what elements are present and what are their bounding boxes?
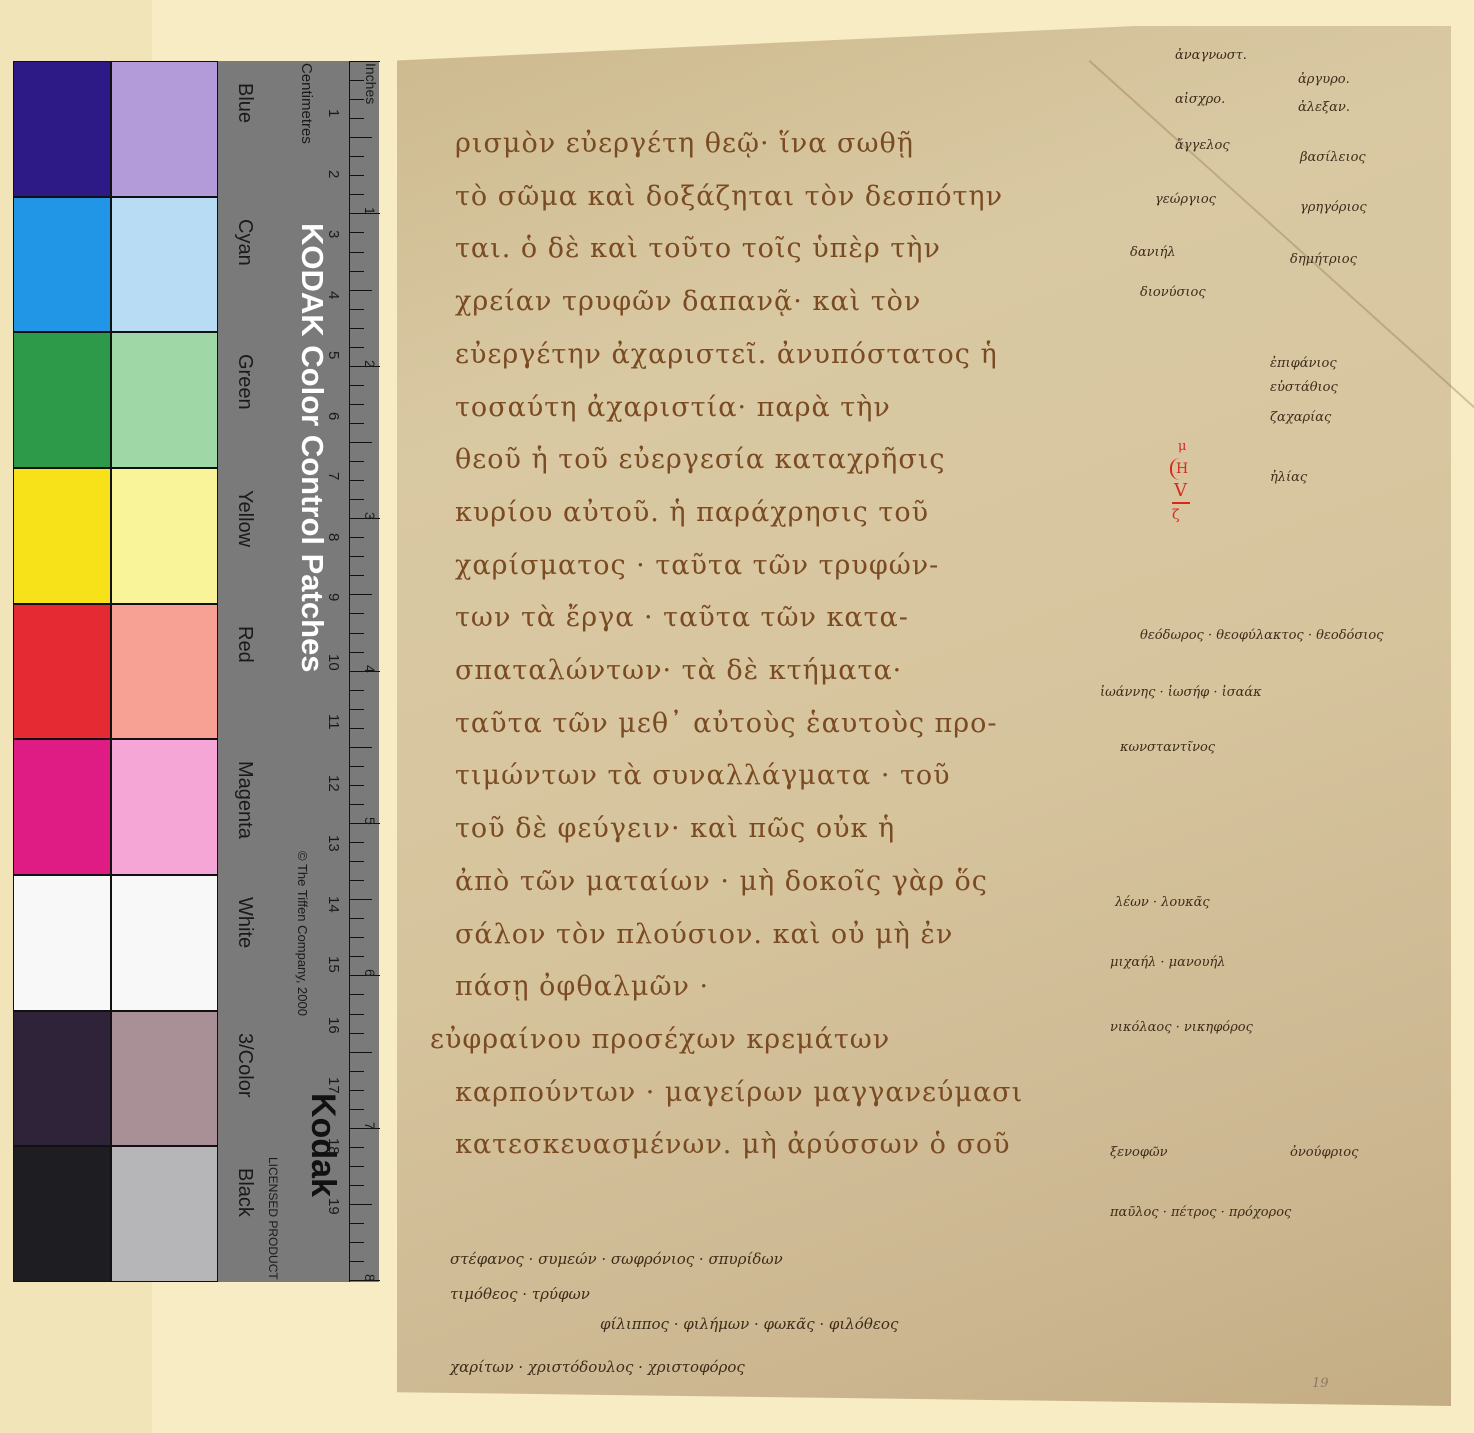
inch-tick-label: 2 [362, 360, 378, 368]
color-patch-magenta-dark [13, 739, 111, 875]
inch-tick-label: 5 [362, 817, 378, 825]
ruler-tick [350, 556, 364, 557]
color-patch-blue-light [111, 61, 218, 197]
patch-label: Yellow [233, 490, 256, 547]
ruler-tick [350, 1071, 364, 1072]
marginal-note: ἐπιφάνιος [1270, 356, 1337, 371]
marginal-note: δανιήλ [1130, 245, 1176, 260]
marginal-note: ζαχαρίας [1270, 410, 1331, 425]
manuscript-line: ται. ὁ δὲ καὶ τοῦτο τοῖς ὑπὲρ τὴν [455, 233, 941, 264]
centimetres-label: Centimetres [298, 63, 315, 144]
manuscript-line: σπαταλώντων· τὰ δὲ κτήματα· [455, 655, 902, 686]
ruler-tick [350, 328, 364, 329]
cm-tick-label: 1 [325, 109, 342, 117]
cm-tick-label: 13 [325, 835, 342, 852]
inch-tick-label: 6 [362, 969, 378, 977]
ruler-tick [350, 1185, 364, 1186]
ruler-tick [350, 1261, 364, 1262]
marginal-note: φίλιππος · φιλήμων · φωκᾶς · φιλόθεος [600, 1315, 898, 1333]
manuscript-line: ἀπὸ τῶν ματαίων · μὴ δοκοῖς γὰρ ὅς [455, 866, 988, 897]
ruler-tick [350, 728, 364, 729]
cm-tick-label: 4 [325, 291, 342, 299]
ruler-tick [350, 785, 364, 786]
ruler-tick [350, 271, 364, 272]
patch-label: 3/Color [233, 1033, 256, 1097]
color-patch-red-light [111, 604, 218, 740]
cm-tick-label: 17 [325, 1077, 342, 1094]
manuscript-line: ταῦτα τῶν μεθ᾽ αὐτοὺς ἑαυτοὺς προ- [455, 708, 998, 739]
color-patch-3-color-dark [13, 1011, 111, 1147]
ruler-tick [350, 1204, 372, 1205]
marginal-note: ὀνούφριος [1290, 1145, 1358, 1160]
manuscript-line: τοσαύτη ἀχαριστία· παρὰ τὴν [455, 392, 891, 423]
red-ink-marker: μ H V ζ [1170, 436, 1190, 526]
marginal-note: τιμόθεος · τρύφων [450, 1285, 590, 1303]
folio-number: 19 [1312, 1376, 1329, 1391]
ruler-tick [350, 499, 364, 500]
ruler-tick [350, 442, 372, 443]
ruler-tick [350, 575, 364, 576]
cm-tick-label: 6 [325, 412, 342, 420]
ruler-tick [350, 461, 364, 462]
patch-label: Cyan [233, 219, 256, 266]
marginal-note: μιχαήλ · μανουήλ [1110, 955, 1226, 970]
ruler-tick [350, 1052, 372, 1053]
inch-tick-label: 1 [362, 207, 378, 215]
color-patch-cyan-dark [13, 197, 111, 333]
cm-tick-label: 18 [325, 1138, 342, 1155]
patch-label: Green [233, 354, 256, 410]
color-patch-3-color-light [111, 1011, 218, 1147]
marginal-note: δημήτριος [1290, 252, 1357, 267]
color-patch-red-dark [13, 604, 111, 740]
ruler-tick [350, 709, 364, 710]
ruler-tick [350, 899, 372, 900]
inch-ruler: 12345678 [349, 61, 380, 1282]
marginal-note: διονύσιος [1140, 285, 1206, 300]
manuscript-line: πάσῃ ὀφθαλμῶν · [455, 971, 709, 1002]
cm-tick-label: 10 [325, 654, 342, 671]
marginal-note: αἰσχρο. [1175, 92, 1225, 107]
ruler-tick [350, 1033, 364, 1034]
marginal-note: νικόλαος · νικηφόρος [1110, 1020, 1253, 1035]
ruler-tick [350, 80, 364, 81]
cm-tick-label: 5 [325, 351, 342, 359]
marginal-note: χαρίτων · χριστόδουλος · χριστοφόρος [450, 1358, 745, 1376]
manuscript-line: σάλον τὸν πλούσιον. καὶ οὐ μὴ ἐν [455, 919, 953, 950]
cm-tick-label: 14 [325, 896, 342, 913]
marginal-note: ἠλίας [1270, 470, 1307, 485]
color-patch-cyan-light [111, 197, 218, 333]
ruler-tick [350, 480, 364, 481]
ruler-tick [350, 290, 372, 291]
ruler-tick [350, 918, 364, 919]
manuscript-line: θεοῦ ἡ τοῦ εὐεργεσία καταχρῆσις [455, 444, 946, 475]
ruler-tick [350, 804, 364, 805]
marginal-note: ἀλεξαν. [1298, 100, 1350, 115]
ruler-tick [350, 861, 364, 862]
ruler-tick [350, 309, 364, 310]
marginal-note: κωνσταντῖνος [1120, 740, 1215, 755]
ruler-tick [350, 118, 364, 119]
cm-tick-label: 19 [325, 1198, 342, 1215]
inch-tick-label: 4 [362, 665, 378, 673]
inch-tick-label: 3 [362, 512, 378, 520]
ruler-tick [350, 594, 372, 595]
ruler-tick [350, 842, 364, 843]
color-patch-black-light [111, 1146, 218, 1282]
ruler-tick [350, 1090, 364, 1091]
marginal-note: θεόδωρος · θεοφύλακτος · θεοδόσιος [1140, 628, 1383, 643]
ruler-tick [350, 766, 364, 767]
manuscript-line: καρπούντων · μαγείρων μαγγανεύμασι [455, 1077, 1023, 1108]
manuscript-line: κατεσκευασμένων. μὴ ἀρύσσων ὁ σοῦ [455, 1129, 1011, 1160]
color-patch-yellow-light [111, 468, 218, 604]
patch-label: White [233, 897, 256, 948]
color-patch-green-dark [13, 332, 111, 468]
inch-tick-label: 8 [362, 1274, 378, 1282]
color-patch-green-light [111, 332, 218, 468]
ruler-tick [350, 137, 372, 138]
ruler-tick [350, 232, 364, 233]
ruler-tick [350, 423, 364, 424]
ruler-tick [350, 1242, 364, 1243]
cm-tick-label: 12 [325, 775, 342, 792]
ruler-tick [350, 194, 364, 195]
patch-label: Red [233, 626, 256, 663]
marginal-note: ἄγγελος [1175, 138, 1230, 153]
ruler-tick [350, 937, 364, 938]
manuscript-line: τιμώντων τὰ συναλλάγματα · τοῦ [455, 760, 951, 791]
color-patch-white-dark [13, 875, 111, 1011]
marginal-note: ἀργυρο. [1298, 72, 1350, 87]
color-patch-blue-dark [13, 61, 111, 197]
manuscript-line: κυρίου αὐτοῦ. ἡ παράχρησις τοῦ [455, 497, 929, 528]
marginal-note: στέφανος · συμεών · σωφρόνιος · σπυρίδων [450, 1250, 783, 1268]
ruler-tick [350, 175, 364, 176]
marginal-note: παῦλος · πέτρος · πρόχορος [1110, 1205, 1291, 1220]
ruler-tick [350, 156, 364, 157]
cm-tick-label: 15 [325, 956, 342, 973]
marginal-note: βασίλειος [1300, 150, 1366, 165]
ruler-tick [350, 652, 364, 653]
cm-tick-label: 9 [325, 593, 342, 601]
cm-tick-label: 16 [325, 1017, 342, 1034]
ruler-tick [350, 99, 364, 100]
cm-tick-label: 8 [325, 533, 342, 541]
ruler-tick [350, 1014, 364, 1015]
manuscript-line: ρισμὸν εὐεργέτη θεῷ· ἵνα σωθῇ [455, 128, 914, 159]
kodak-color-control-strip: BlueCyanGreenYellowRedMagentaWhite3/Colo… [13, 61, 379, 1282]
cm-tick-label: 3 [325, 230, 342, 238]
ruler-tick [350, 404, 364, 405]
marginal-note: ἰωάννης · ἰωσήφ · ἰσαάκ [1100, 685, 1262, 700]
manuscript-line: τοῦ δὲ φεύγειν· καὶ πῶς οὐκ ἡ [455, 813, 895, 844]
licensed-product-label: LICENSED PRODUCT [266, 1157, 280, 1280]
marginal-note: λέων · λουκᾶς [1115, 895, 1210, 910]
color-patch-black-dark [13, 1146, 111, 1282]
patch-label: Blue [233, 83, 256, 123]
manuscript-line: χαρίσματος · ταῦτα τῶν τρυφών- [455, 550, 939, 581]
color-patch-yellow-dark [13, 468, 111, 604]
marginal-note: γρηγόριος [1300, 200, 1367, 215]
ruler-tick [350, 537, 364, 538]
ruler-tick [350, 1223, 364, 1224]
ruler-tick [350, 880, 364, 881]
cm-tick-label: 2 [325, 170, 342, 178]
marginal-note: γεώργιος [1155, 192, 1216, 207]
chart-copyright: © The Tiffen Company, 2000 [295, 851, 310, 1016]
ruler-tick [350, 252, 364, 253]
ruler-tick [350, 956, 364, 957]
ruler-tick [350, 385, 364, 386]
ruler-tick [350, 347, 364, 348]
manuscript-line: χρείαν τρυφῶν δαπανᾷ· καὶ τὸν [455, 286, 921, 317]
manuscript-line: εὐφραίνου προσέχων κρεμάτων [430, 1024, 890, 1055]
ruler-tick [350, 1147, 364, 1148]
manuscript-line: εὐεργέτην ἀχαριστεῖ. ἀνυπόστατος ἡ [455, 339, 998, 370]
ruler-tick [350, 633, 364, 634]
ruler-tick [350, 690, 364, 691]
cm-tick-label: 11 [325, 714, 342, 730]
marginal-note: εὐστάθιος [1270, 380, 1338, 395]
ruler-tick [350, 994, 364, 995]
ruler-tick [350, 1109, 364, 1110]
ruler-tick [350, 1166, 364, 1167]
patch-label: Magenta [233, 761, 256, 839]
cm-tick-label: 7 [325, 472, 342, 480]
manuscript-line: τὸ σῶμα καὶ δοξάζηται τὸν δεσπότην [455, 181, 1003, 212]
ruler-tick [350, 61, 380, 62]
manuscript-line: των τὰ ἔργα · ταῦτα τῶν κατα- [455, 602, 909, 633]
color-patch-white-light [111, 875, 218, 1011]
ruler-tick [350, 747, 372, 748]
patch-label: Black [233, 1168, 256, 1217]
inch-tick-label: 7 [362, 1122, 378, 1130]
marginal-note: ξενοφῶν [1110, 1145, 1167, 1160]
color-patch-magenta-light [111, 739, 218, 875]
ruler-tick [350, 613, 364, 614]
marginal-note: ἀναγνωστ. [1175, 48, 1247, 63]
